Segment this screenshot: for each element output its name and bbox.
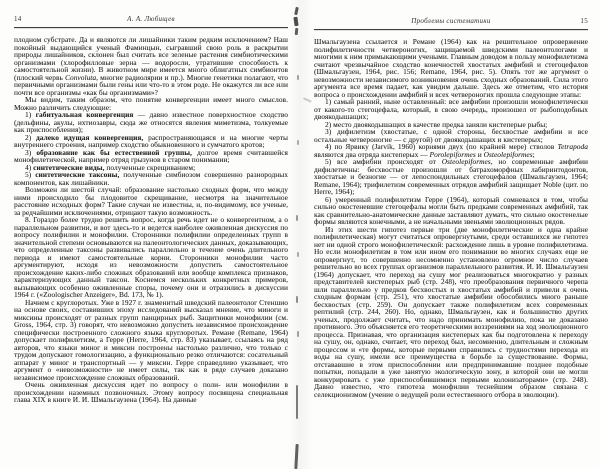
paragraph: плодном субстрате. Да и являются ли лиша… [14,36,288,96]
paragraph: Мы видим, таким образом, что понятие кон… [14,96,288,111]
paragraph: 5) синтетические таксоны, полученные сим… [14,171,288,186]
text-segment: Из этих шести гипотез первые три (две мо… [314,225,588,399]
page-right: Проблемы систематики 15 Шмальгаузена ссы… [314,17,588,398]
binding-speck [297,140,299,145]
text-segment: 1) самый ранний, ныне оставленный: все а… [314,97,588,121]
paragraph: Из этих шести гипотез первые три (две мо… [314,226,588,399]
page-left-header: 14 А. А. Любищев [14,15,288,26]
running-header: А. А. Любищев [44,15,258,23]
page-number: 14 [14,15,44,23]
binding-speck [297,75,299,80]
page-body: Шмальгаузена ссылается и Ремане (1964) к… [314,38,588,398]
page-number: 15 [558,17,588,25]
binding-ink-mark [295,28,299,35]
header-rule [314,29,588,30]
text-segment: Возможен ли шестой случай: образование н… [14,185,288,217]
page-left: 14 А. А. Любищев плодном субстрате. Да и… [14,15,288,404]
paragraph: 8. Гораздо более трудно решить вопрос, к… [14,216,288,299]
text-segment: 8. Гораздо более трудно решить вопрос, к… [14,215,288,299]
text-segment: Начнем с круглоротых. Уже в 1927 г. знам… [14,298,288,382]
text-segment: Tetrapoda [558,142,588,151]
binding-speck [297,331,299,337]
text-segment: 6) умеренный полифилетизм Герре (1964), … [314,195,588,227]
paragraph: Возможен ли шестой случай: образование н… [14,186,288,216]
paragraph: 4) по Ярвику (Jarvik, 1960) корнями двух… [314,143,588,158]
binding-streak [296,385,298,419]
paragraph: 1) самый ранний, ныне оставленный: все а… [314,98,588,121]
gutter-shadow [289,0,313,469]
binding-speck [297,252,299,257]
paragraph: Очень оживленная дискуссия идет по вопро… [14,381,288,404]
text-segment: Шмальгаузена ссылается и Ремане (1964) к… [314,37,588,99]
book-spread: 14 А. А. Любищев плодном субстрате. Да и… [0,0,600,469]
paragraph: Начнем с круглоротых. Уже в 1927 г. знам… [14,299,288,382]
paragraph: 3) дифилетизм (хвостатые, с одной сторон… [314,128,588,143]
paragraph: 3) образование как бы естественной групп… [14,149,288,164]
page-right-header: Проблемы систематики 15 [314,17,588,28]
binding-speck [296,215,298,221]
binding-speck [296,296,298,303]
page-body: плодном субстрате. Да и являются ли лиша… [14,36,288,404]
paragraph: Шмальгаузена ссылается и Ремане (1964) к… [314,38,588,98]
paragraph: 5) все амфибии происходят от Osteolepifo… [314,158,588,196]
paragraph: 2) далеко идущая конвергенция, распростр… [14,134,288,149]
paragraph: 1) габитуальная конвергенция — давно изв… [14,111,288,134]
running-header: Проблемы систематики [344,17,558,25]
header-rule [14,27,288,28]
paragraph: 6) умеренный полифилетизм Герре (1964), … [314,196,588,226]
text-segment: Очень оживленная дискуссия идет по вопро… [14,380,288,404]
